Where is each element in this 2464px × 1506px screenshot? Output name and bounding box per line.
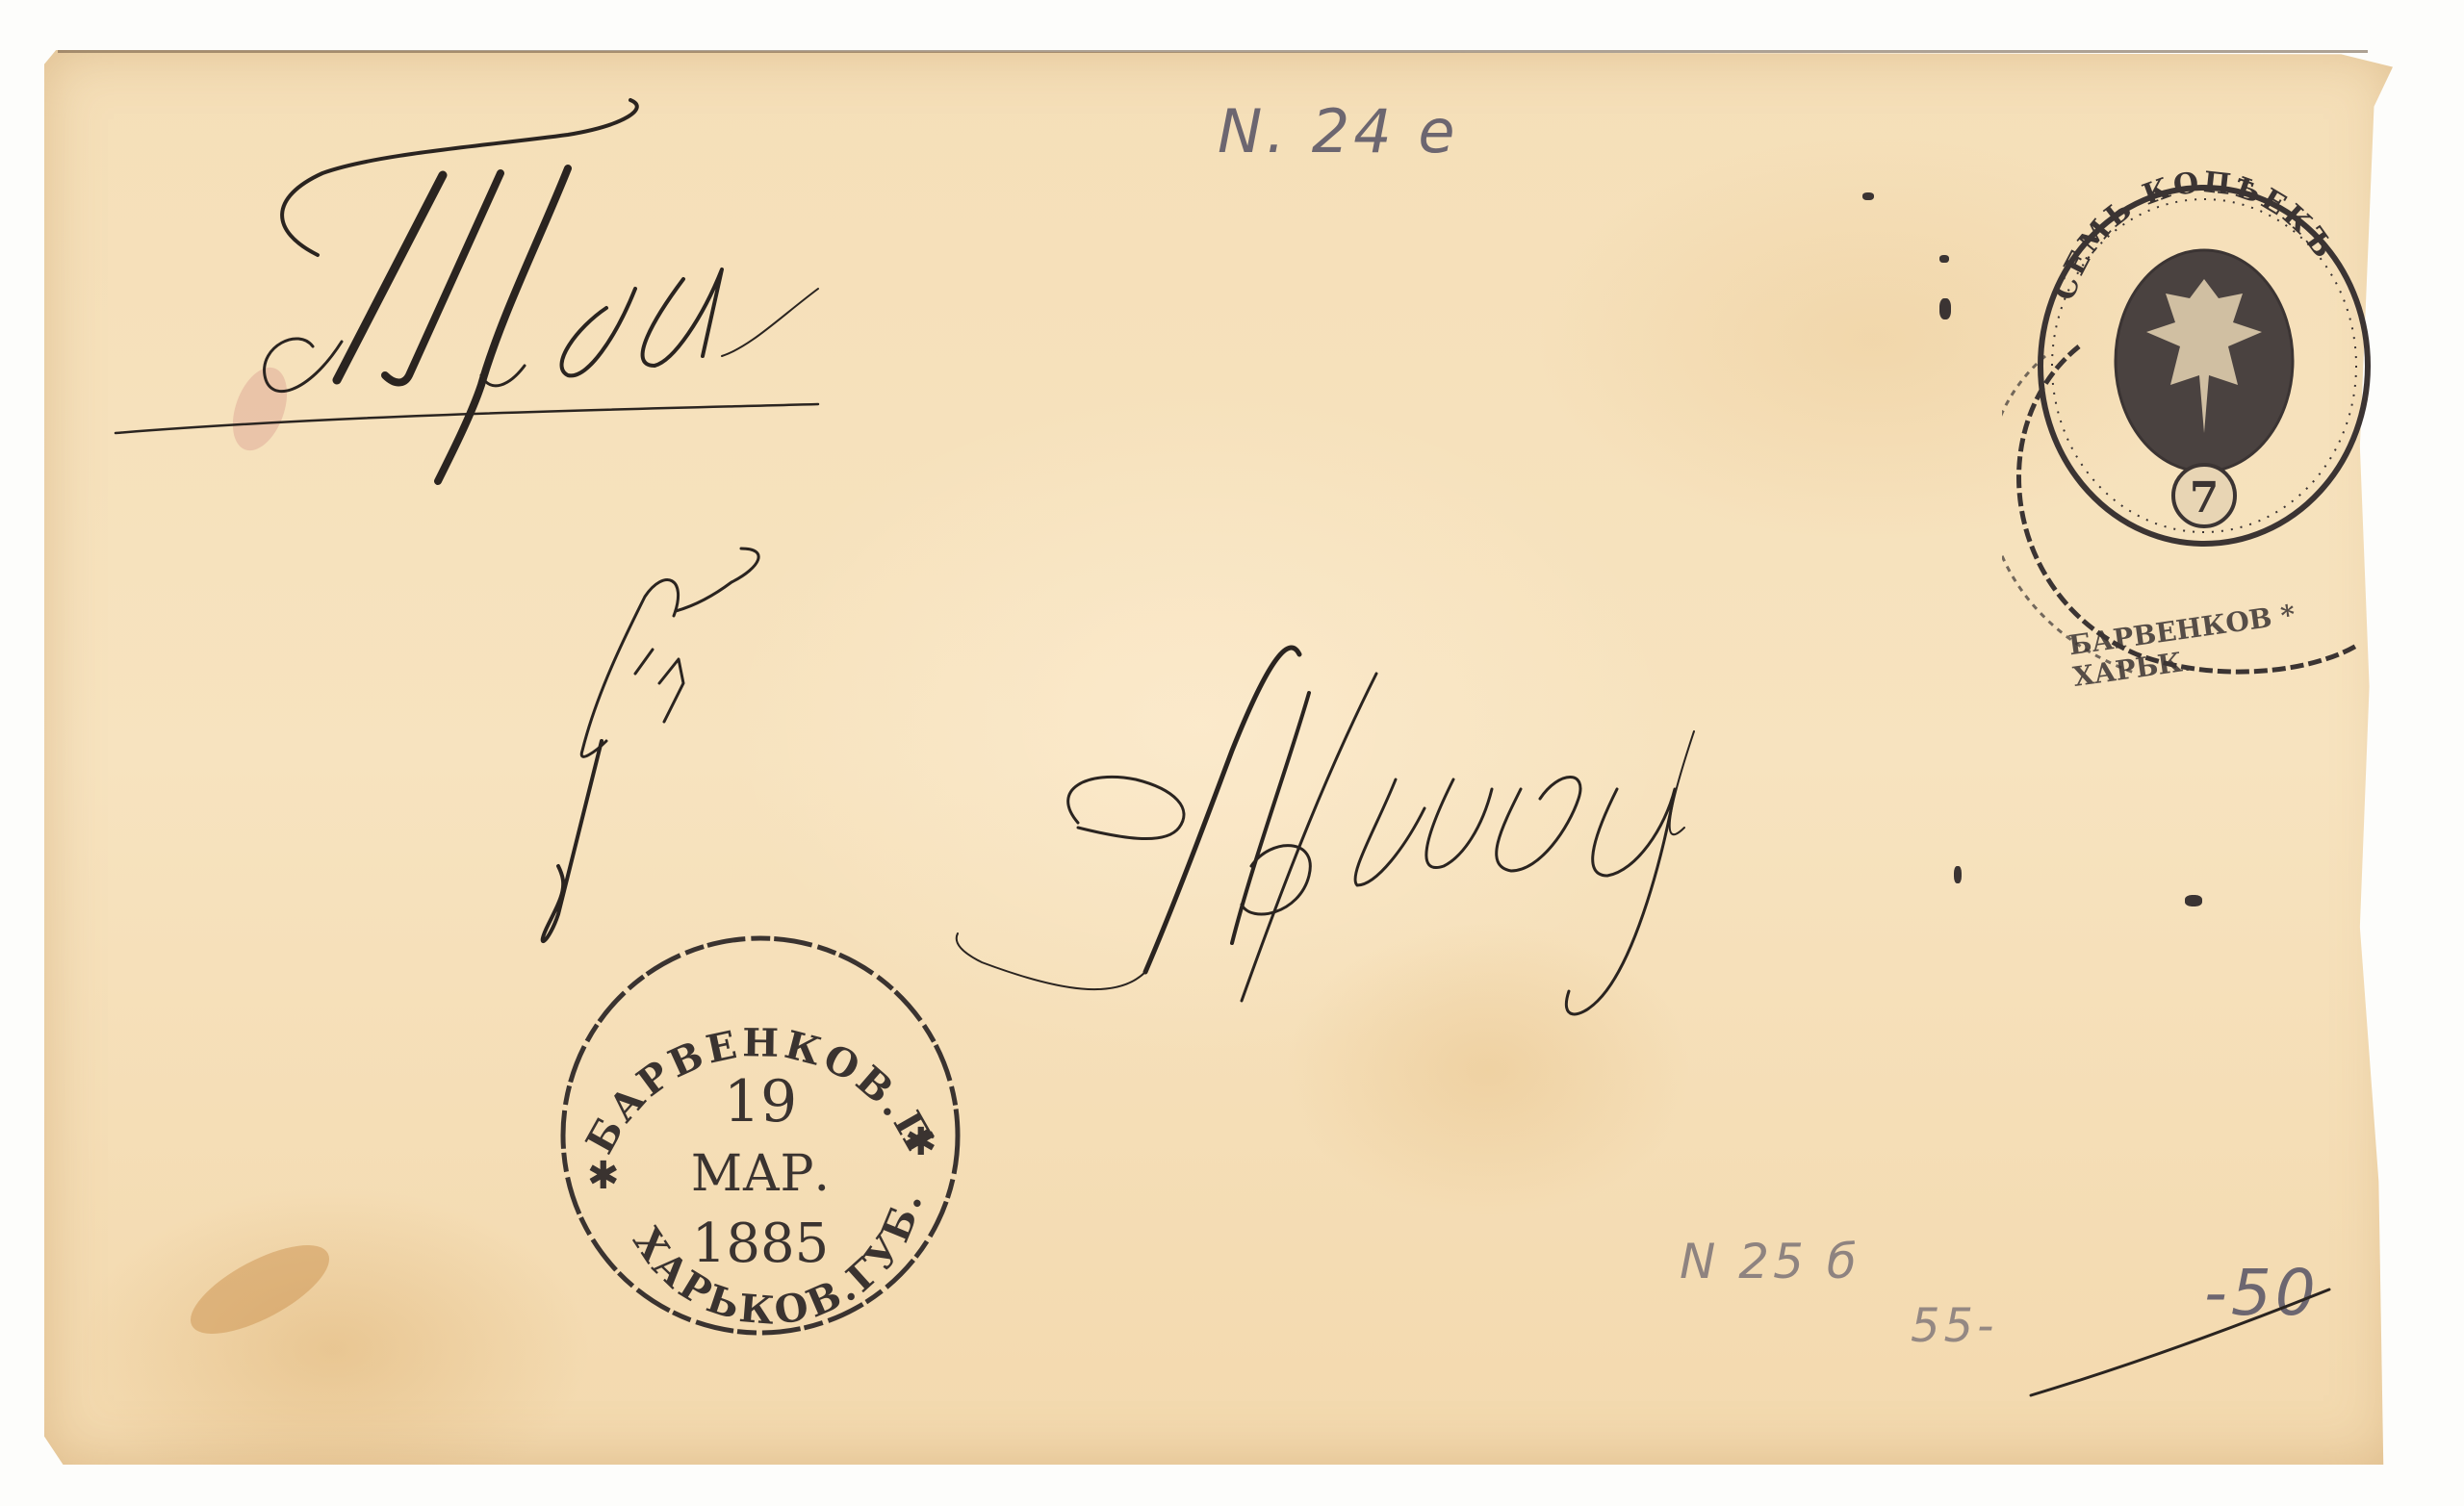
pencil-strike [2012, 1270, 2358, 1415]
pencil-catalog-ref: N 25 б [1680, 1234, 1861, 1289]
postmark-year: 1885 [549, 1212, 972, 1275]
pencil-price-1: 55- [1911, 1299, 1997, 1353]
postmark-month: МАР. [549, 1145, 972, 1203]
stamp-value: 7 [2190, 473, 2220, 523]
ink-speck [1939, 298, 1951, 319]
city-handwriting [164, 87, 934, 510]
ink-speck [2185, 895, 2202, 906]
pencil-reference-number: N. 24 e [1218, 96, 1459, 166]
ink-speck [1939, 255, 1949, 263]
envelope-top-edge [58, 50, 2368, 53]
postmark-day: 19 [549, 1068, 972, 1136]
indicia-stamp: 7 СЕМЬ КОПѢЕКЪ БАРВЕНКОВ * ХАРЬК. [2002, 154, 2406, 712]
ink-speck [1954, 866, 1962, 883]
departure-postmark: БАРВЕНКОВ.П.О. ХАРЬКОВ.ГУБ. ✱ ✱ 19 МАР. … [549, 924, 972, 1347]
ink-speck [1862, 192, 1874, 200]
